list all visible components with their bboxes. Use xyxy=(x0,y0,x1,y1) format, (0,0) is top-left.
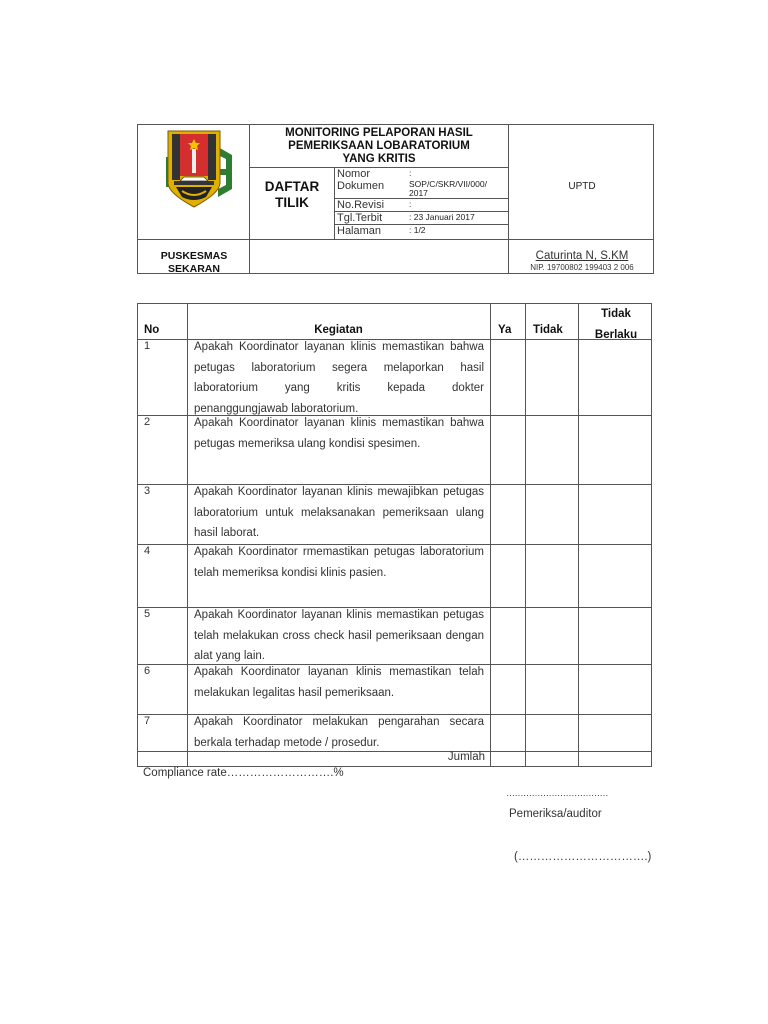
meta-value-no-revisi: : xyxy=(409,200,411,209)
signature-line: ……………………………… xyxy=(506,788,608,798)
signatory-name: Caturinta N, S.KM xyxy=(509,250,655,262)
row-number: 1 xyxy=(144,340,150,352)
checkbox-cell-tidak[interactable] xyxy=(526,340,578,415)
compliance-rate: Compliance rate……………………….% xyxy=(143,767,344,779)
checkbox-cell-tidak-berlaku[interactable] xyxy=(579,416,651,484)
checkbox-cell-tidak-berlaku[interactable] xyxy=(579,608,651,664)
divider xyxy=(334,167,335,239)
checkbox-cell-tidak[interactable] xyxy=(526,545,578,607)
meta-label-no-revisi: No.Revisi xyxy=(337,200,384,211)
checkbox-cell-tidak[interactable] xyxy=(526,485,578,544)
checkbox-cell-tidak[interactable] xyxy=(526,416,578,484)
checkbox-cell-ya[interactable] xyxy=(491,608,525,664)
institution-name: PUSKESMAS SEKARAN xyxy=(138,250,250,276)
checkbox-cell-ya[interactable] xyxy=(491,340,525,415)
checkbox-cell-tidak-berlaku[interactable] xyxy=(579,485,651,544)
unit-label: UPTD xyxy=(509,181,655,192)
row-number: 5 xyxy=(144,608,150,620)
document-title: MONITORING PELAPORAN HASIL PEMERIKSAAN L… xyxy=(251,127,507,166)
row-kegiatan: Apakah Koordinator layanan klinis memast… xyxy=(194,662,484,703)
column-header-no: No xyxy=(144,324,159,336)
row-kegiatan: Apakah Koordinator layanan klinis mewaji… xyxy=(194,482,484,544)
institution-line: SEKARAN xyxy=(138,263,250,276)
checklist-table: No Kegiatan Ya Tidak Tidak Berlaku 1Apak… xyxy=(137,303,652,767)
value-line: : xyxy=(409,169,487,178)
title-line: PEMERIKSAAN LOBARATORIUM xyxy=(251,140,507,153)
checkbox-cell-ya[interactable] xyxy=(491,485,525,544)
checkbox-cell-tidak-berlaku[interactable] xyxy=(579,665,651,714)
meta-value-nomor-dokumen: : SOP/C/SKR/VII/000/ 2017 xyxy=(409,169,487,198)
row-kegiatan: Apakah Koordinator layanan klinis memast… xyxy=(194,337,484,419)
city-coat-of-arms-icon xyxy=(158,129,238,209)
header-line: Tidak xyxy=(579,304,653,325)
divider xyxy=(187,304,188,766)
value-line: 2017 xyxy=(409,189,487,198)
column-header-tidak: Tidak xyxy=(533,324,563,336)
checkbox-cell-tidak-berlaku[interactable] xyxy=(579,340,651,415)
meta-label-nomor-dokumen: Nomor Dokumen xyxy=(337,169,384,192)
meta-label-halaman: Halaman xyxy=(337,226,381,237)
meta-value-halaman: : 1/2 xyxy=(409,226,426,235)
row-number: 3 xyxy=(144,485,150,497)
row-kegiatan: Apakah Koordinator melakukan pengarahan … xyxy=(194,712,484,753)
label-line: Dokumen xyxy=(337,181,384,192)
row-divider xyxy=(138,751,651,752)
row-number: 2 xyxy=(144,416,150,428)
row-kegiatan: Apakah Koordinator layanan klinis memast… xyxy=(194,605,484,667)
checkbox-cell-tidak[interactable] xyxy=(526,665,578,714)
checkbox-cell-tidak[interactable] xyxy=(526,715,578,751)
column-header-kegiatan: Kegiatan xyxy=(187,324,490,336)
meta-value-tgl-terbit: : 23 Januari 2017 xyxy=(409,213,475,222)
meta-label-tgl-terbit: Tgl.Terbit xyxy=(337,213,382,224)
divider xyxy=(138,239,653,240)
label-line: Nomor xyxy=(337,169,384,180)
document-header: MONITORING PELAPORAN HASIL PEMERIKSAAN L… xyxy=(137,124,654,274)
institution-line: PUSKESMAS xyxy=(138,250,250,263)
title-line: YANG KRITIS xyxy=(251,153,507,166)
checkbox-cell-ya[interactable] xyxy=(491,545,525,607)
column-header-ya: Ya xyxy=(498,324,511,336)
checkbox-cell-tidak-berlaku[interactable] xyxy=(579,715,651,751)
signatory-nip: NIP. 19700802 199403 2 006 xyxy=(509,263,655,272)
auditor-label: Pemeriksa/auditor xyxy=(509,808,602,820)
doc-type-line: TILIK xyxy=(251,195,333,211)
checkbox-cell-tidak[interactable] xyxy=(526,608,578,664)
checkbox-cell-ya[interactable] xyxy=(491,416,525,484)
title-line: MONITORING PELAPORAN HASIL xyxy=(251,127,507,140)
auditor-name-field: (…………………………….) xyxy=(514,851,651,863)
divider xyxy=(249,167,508,168)
checkbox-cell-ya[interactable] xyxy=(491,715,525,751)
row-kegiatan: Apakah Koordinator layanan klinis memast… xyxy=(194,413,484,454)
row-number: 6 xyxy=(144,665,150,677)
row-number: 7 xyxy=(144,715,150,727)
checkbox-cell-ya[interactable] xyxy=(491,665,525,714)
checkbox-cell-tidak-berlaku[interactable] xyxy=(579,545,651,607)
row-number: 4 xyxy=(144,545,150,557)
document-type: DAFTAR TILIK xyxy=(251,179,333,211)
doc-type-line: DAFTAR xyxy=(251,179,333,195)
row-kegiatan: Apakah Koordinator rmemastikan petugas l… xyxy=(194,542,484,583)
total-label: Jumlah xyxy=(448,751,485,763)
